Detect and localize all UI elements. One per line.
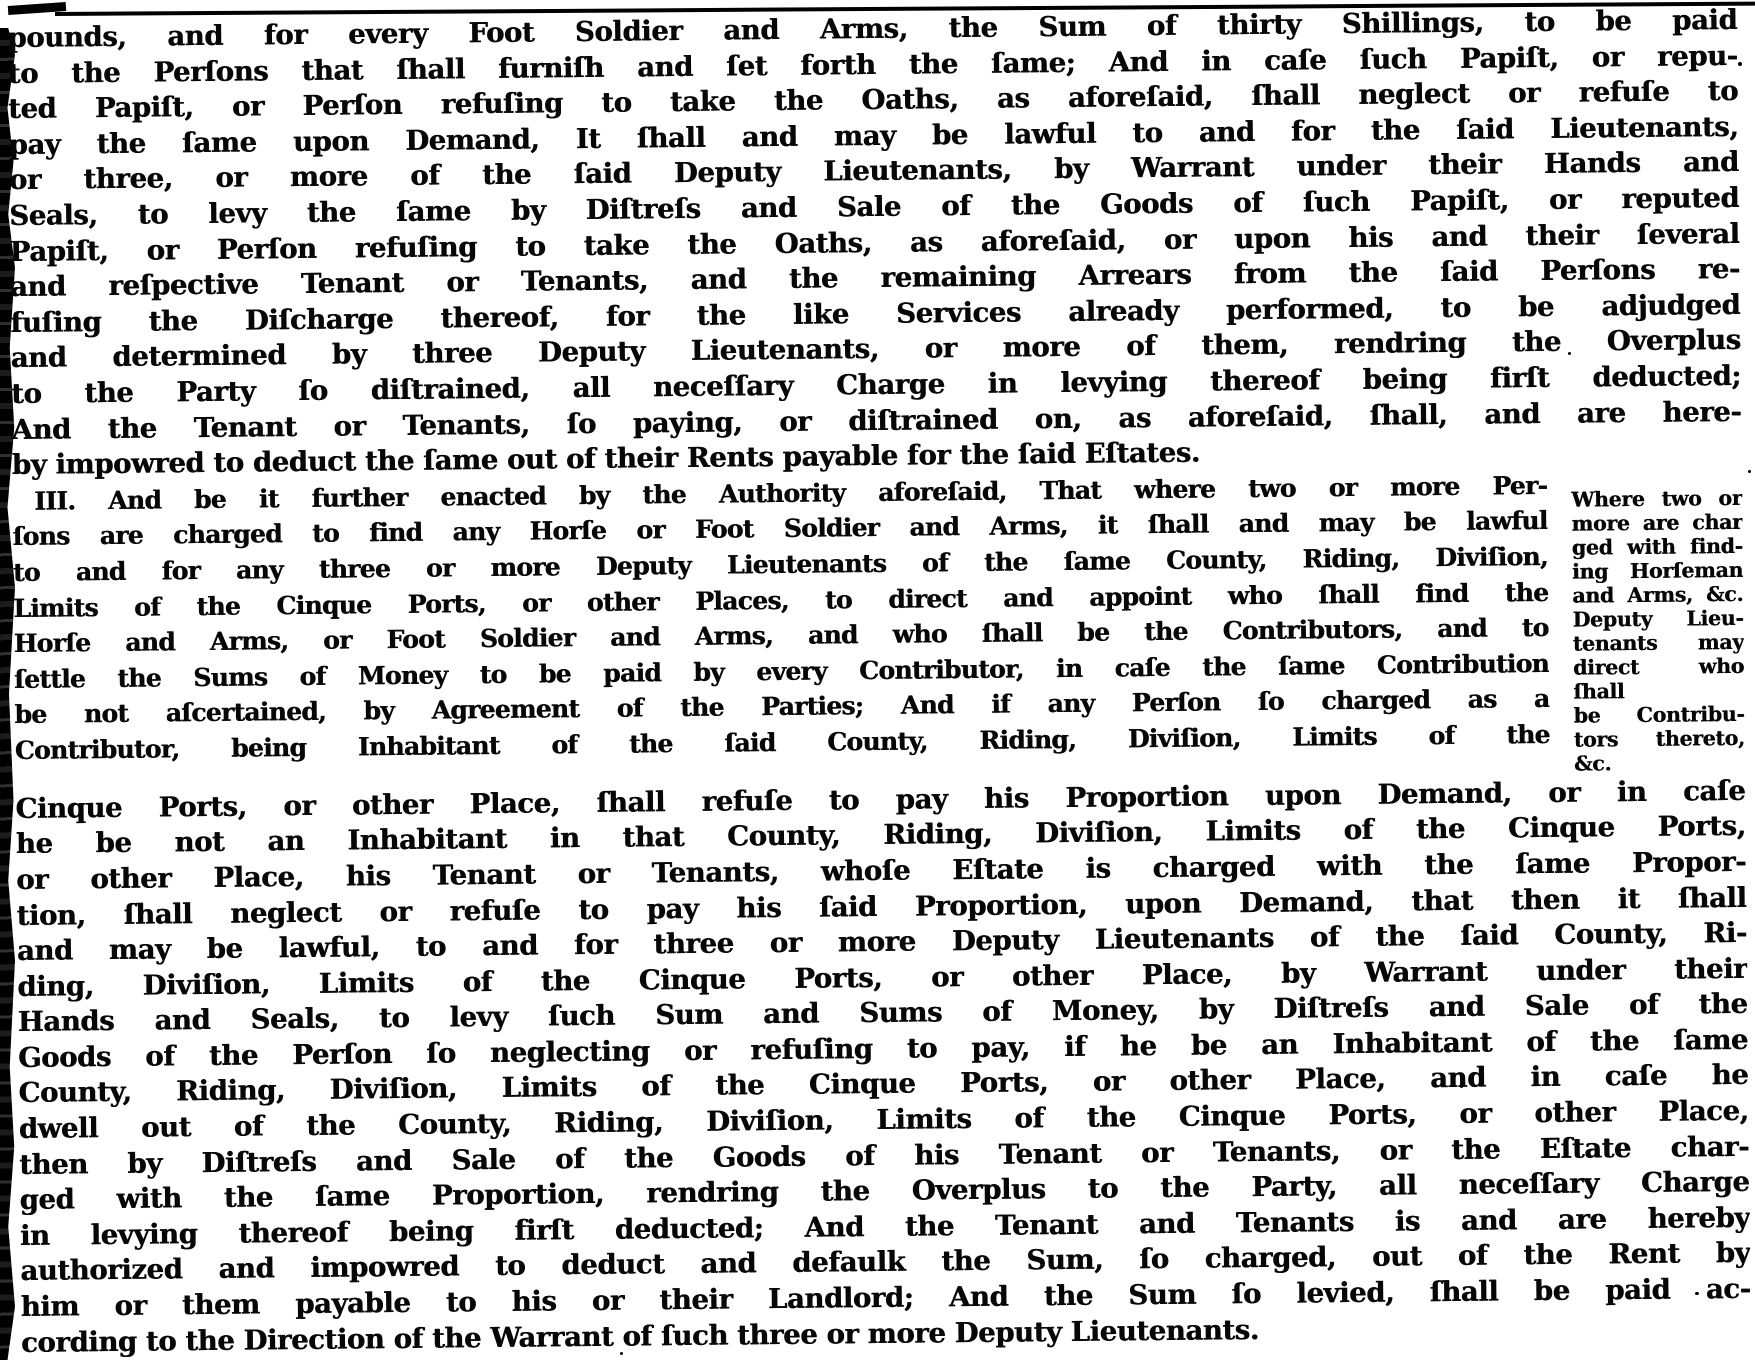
paragraph-continuation: pounds, and for every Foot Soldier and A… [7, 3, 1742, 484]
margin-note-line: &c. [1574, 750, 1745, 776]
section-iii-text: III. And be it further enacted by the Au… [12, 468, 1550, 769]
ink-speck [1748, 470, 1751, 473]
margin-note-line: Where two or [1571, 486, 1742, 512]
margin-note-line: tenants may [1573, 630, 1744, 656]
margin-note-line: more are char [1571, 510, 1742, 536]
margin-note-line: ged with find- [1572, 534, 1743, 560]
margin-note: Where two or more are char ged with find… [1547, 466, 1745, 776]
margin-note-line: Deputy Lieu- [1572, 606, 1743, 632]
margin-note-line: and Arms, &c. [1572, 582, 1743, 608]
section-iii-continuation: Cinque Ports, or other Place, ſhall refu… [15, 774, 1751, 1360]
margin-note-line: be Contribu- [1573, 702, 1744, 728]
margin-note-line: ing Horſeman [1572, 558, 1743, 584]
ink-speck [1738, 62, 1742, 66]
margin-note-line: direct who ſhall [1573, 654, 1744, 704]
document-page: pounds, and for every Foot Soldier and A… [0, 0, 1755, 1360]
section-iii-with-margin-note: III. And be it further enacted by the Au… [12, 466, 1745, 792]
margin-note-line: tors thereto, [1574, 726, 1745, 752]
statute-text: pounds, and for every Foot Soldier and A… [7, 3, 1751, 1360]
